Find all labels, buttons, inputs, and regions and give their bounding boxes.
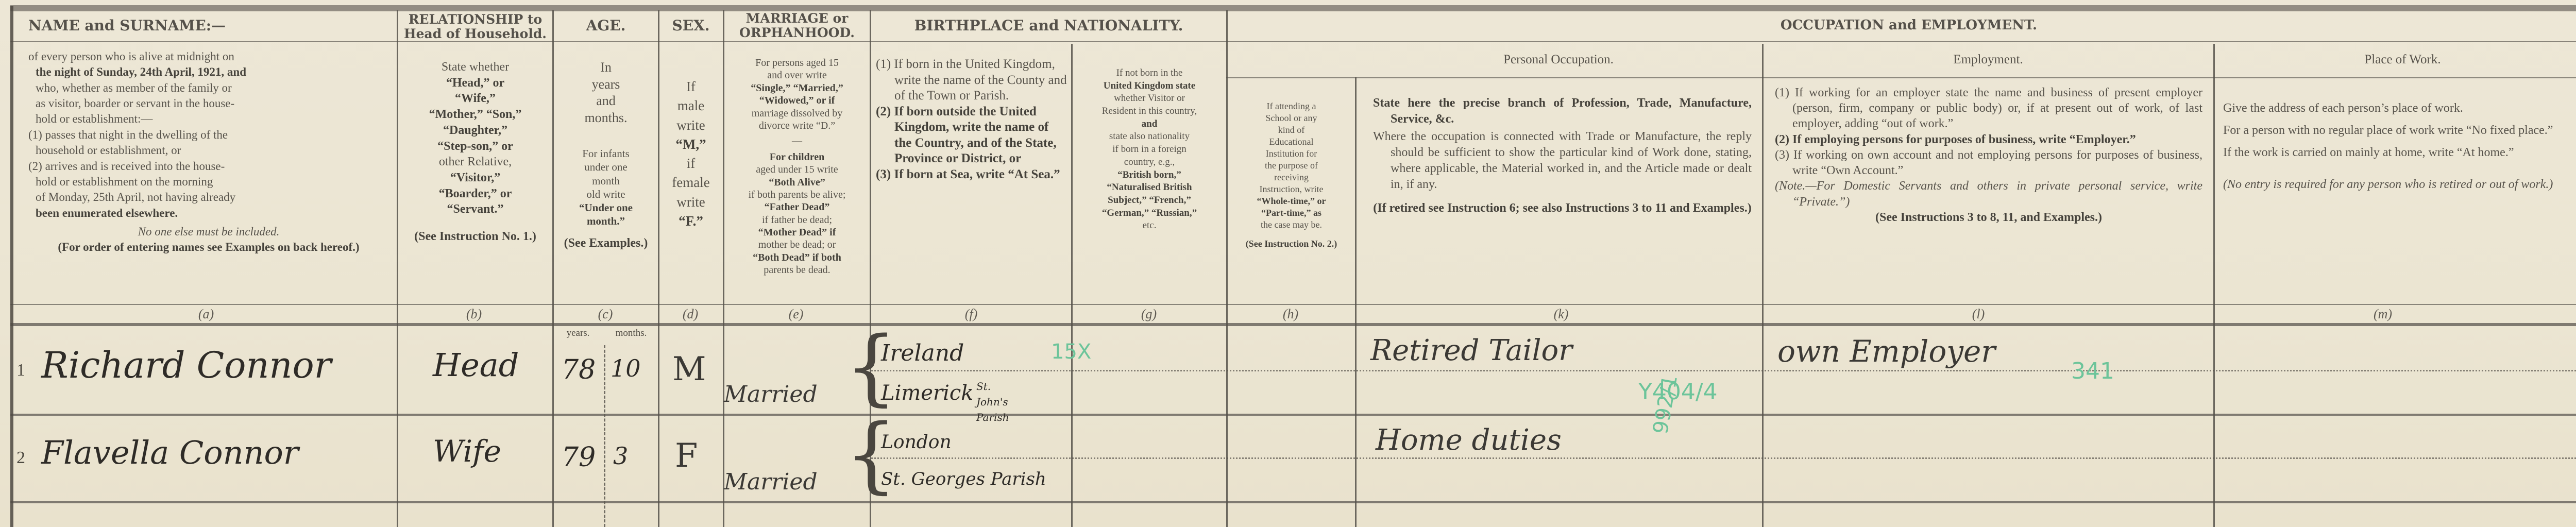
personal-occupation-instructions: State here the precise branch of Profess… [1373,95,1752,216]
marriage-child-line: mother be dead; or [725,239,869,251]
row1-birthplace-code: 15X [1051,340,1091,364]
sex-instr-line: female [660,173,721,192]
name-column-title: NAME and SURNAME:— [28,18,389,34]
row1-bottom-rule [10,414,2576,416]
row1-occupation[interactable]: Retired Tailor [1370,334,1572,367]
header-bottom-rule [10,323,2576,326]
occupation-group-title: OCCUPATION and EMPLOYMENT. [1229,18,2576,33]
marriage-instr-line: marriage dissolved by [725,107,869,120]
nationality-instr-line: Resident in this country, [1074,105,1225,118]
column-letter-g: (g) [1139,307,1159,322]
title-row-divider [10,41,2576,42]
row1-birthplace-country[interactable]: Ireland [881,340,964,366]
employment-instr-3: (3) If working on own account and not em… [1775,147,2202,178]
nationality-instr-line: and [1074,118,1225,131]
employment-instructions: (1) If working for an employer state the… [1775,85,2202,225]
column-letter-d: (d) [680,307,701,322]
nationality-instr-line: Subject,” “French,” [1074,194,1225,207]
name-instr-line: household or establishment, or [28,143,389,158]
education-instr-line: Instruction, write [1229,183,1354,195]
marriage-child-line: parents be dead. [725,264,869,276]
column-letter-k: (k) [1551,307,1571,322]
marriage-child-line: aged under 15 write [725,163,869,176]
row2-age-years[interactable]: 79 [562,442,596,473]
nationality-instr-line: If not born in the [1074,67,1225,80]
row1-name[interactable]: Richard Connor [41,344,331,386]
col-b-c-divider [552,10,554,527]
name-instr-line: hold or establishment on the morning [28,174,389,190]
birthplace-column-title: BIRTHPLACE and NATIONALITY. [872,18,1225,34]
name-instr-note: No one else must be included. [28,224,389,240]
rel-instr-line: State whether [399,59,551,75]
rel-instr-line: “Step-son,” or [399,139,551,155]
marriage-instr-line: divorce write “D.” [725,120,869,132]
age-instr-line: years [555,76,657,93]
marriage-instr-dash: — [725,135,869,147]
name-instr-line: been enumerated elsewhere. [28,206,389,221]
marriage-instr-line: “Single,” “Married,” [725,82,869,94]
age-infant-line: old write [555,188,657,201]
rel-instr-line: “Servant.” [399,201,551,217]
age-months-subheader: months. [605,328,657,339]
personal-occupation-title: Personal Occupation. [1358,52,1759,67]
birthplace-uk-instructions: (1) If born in the United Kingdom, write… [876,57,1067,182]
age-infant-instructions: For infants under one month old write “U… [555,147,657,251]
row2-age-months[interactable]: 3 [613,442,628,470]
marriage-child-line: “Father Dead” [725,201,869,213]
row2-name[interactable]: Flavella Connor [41,434,298,471]
place-instr-3: If the work is carried on mainly at home… [2223,145,2576,161]
rel-instr-line: other Relative, [399,154,551,170]
column-letter-f: (f) [961,307,981,322]
sex-column-title: SEX. [660,18,721,34]
marriage-child-line: “Both Alive” [725,176,869,189]
row1-mid-rule [871,370,2576,371]
education-instr-line: the case may be. [1229,219,1354,231]
col-k-l-divider [1762,44,1764,527]
relationship-column-instructions: State whether “Head,” or “Wife,” “Mother… [399,59,551,245]
column-letter-h: (h) [1280,307,1301,322]
name-instr-line: who, whether as member of the family or [28,80,389,96]
name-instr-line: (1) passes that night in the dwelling of… [28,127,389,143]
education-instr-line: If attending a [1229,100,1354,112]
rel-instr-line: “Visitor,” [399,170,551,186]
row1-age-months[interactable]: 10 [611,354,641,382]
education-instr-line: “Whole-time,” or [1229,195,1354,207]
education-instructions: If attending a School or any kind of Edu… [1229,100,1354,250]
education-instr-footer: (See Instruction No. 2.) [1229,238,1354,250]
personal-occ-instr-2: Where the occupation is connected with T… [1373,129,1752,192]
marriage-child-line: if both parents be alive; [725,189,869,201]
nationality-instr-line: “British born,” [1074,169,1225,182]
age-years-subheader: years. [557,328,599,339]
sex-instr-line: If [660,77,721,96]
column-letter-divider [10,304,2576,305]
nationality-instr-line: etc. [1074,219,1225,232]
age-instr-line: In [555,59,657,76]
age-infant-line: month.” [555,214,657,228]
name-instr-line: of Monday, 25th April, not having alread… [28,190,389,205]
row-number-1: 1 [16,361,25,380]
relationship-column-title: RELATIONSHIP to Head of Household. [399,12,551,41]
sex-instr-line: if [660,154,721,173]
birthplace-instr-1: (1) If born in the United Kingdom, write… [876,57,1067,104]
employment-footer: (See Instructions 3 to 8, 11, and Exampl… [1775,210,2202,225]
birthplace-instr-3: (3) If born at Sea, write “At Sea.” [876,167,1067,183]
row1-marriage[interactable]: Married [724,381,818,407]
place-instr-2: For a person with no regular place of wo… [2223,123,2576,139]
nationality-instructions: If not born in the United Kingdom state … [1074,67,1225,232]
top-border [10,5,2576,11]
name-instr-line: the night of Sunday, 24th April, 1921, a… [28,64,389,80]
marriage-child-line: “Both Dead” if both [725,251,869,264]
education-instr-line: Institution for [1229,148,1354,160]
row1-birthplace-county[interactable]: Limerick [881,381,974,405]
birthplace-instr-2: (2) If born outside the United Kingdom, … [876,104,1067,167]
marriage-instr-line: For persons aged 15 [725,57,869,69]
marriage-column-title: MARRIAGE or ORPHANHOOD. [725,11,869,40]
col-f-g-divider [1071,44,1073,527]
nationality-instr-line: state also nationality [1074,130,1225,143]
rel-instr-line: “Daughter,” [399,123,551,139]
age-instr-line: and [555,93,657,110]
col-d-e-divider [723,10,724,527]
census-schedule: NAME and SURNAME:— of every person who i… [0,0,2576,527]
left-border [10,6,13,527]
marriage-instr-line: and over write [725,69,869,81]
employment-instr-1: (1) If working for an employer state the… [1775,85,2202,132]
name-instr-line: (2) arrives and is received into the hou… [28,159,389,174]
column-letter-m: (m) [2370,307,2396,322]
nationality-instr-line: “Naturalised British [1074,181,1225,194]
column-letter-a: (a) [196,307,216,322]
column-letter-e: (e) [786,307,806,322]
age-infant-line: “Under one [555,201,657,214]
age-instr-line: months. [555,110,657,127]
place-of-work-title: Place of Work. [2216,52,2576,67]
marriage-child-line: For children [725,151,869,163]
nationality-instr-line: country, e.g., [1074,156,1225,169]
age-column-instructions: In years and months. [555,59,657,126]
col-h-k-divider [1355,77,1357,527]
row2-birthplace-country[interactable]: London [881,432,952,453]
column-letter-c: (c) [595,307,616,322]
rel-instr-line: “Mother,” “Son,” [399,107,551,123]
rel-instr-line: “Wife,” [399,91,551,107]
sex-instr-line: “F.” [660,212,721,231]
education-instr-line: School or any [1229,112,1354,124]
name-instr-line: of every person who is alive at midnight… [28,49,389,64]
education-instr-line: receiving [1229,172,1354,183]
row1-age-years[interactable]: 78 [562,354,596,385]
age-column-title: AGE. [555,18,657,34]
row1-employment-code: 341 [2071,358,2114,384]
employment-note: (Note.—For Domestic Servants and others … [1775,178,2202,209]
row2-relationship[interactable]: Wife [433,434,501,469]
row2-mid-rule [871,457,2576,459]
marriage-instr-line: “Widowed,” or if [725,94,869,107]
row2-bottom-rule [10,501,2576,503]
age-infant-line: under one [555,160,657,174]
column-letter-l: (l) [1968,307,1989,322]
name-instr-line: as visitor, boarder or servant in the ho… [28,96,389,111]
age-instr-footer: (See Examples.) [555,235,657,251]
nationality-instr-line: whether Visitor or [1074,92,1225,105]
name-column-instructions: of every person who is alive at midnight… [28,49,389,256]
row1-employment[interactable]: own Employer [1777,334,1995,369]
marriage-child-line: “Mother Dead” if [725,226,869,239]
sex-instr-line: write [660,193,721,212]
name-instr-line: hold or establishment:— [28,111,389,127]
place-note: (No entry is required for any person who… [2223,177,2576,193]
nationality-instr-line: “German,” “Russian,” [1074,207,1225,220]
name-instr-footer: (For order of entering names see Example… [28,240,389,255]
education-instr-line: kind of [1229,124,1354,136]
employment-instr-2: (2) If employing persons for purposes of… [1775,132,2202,147]
subtitle-row-divider [1226,77,2576,78]
row2-sex[interactable]: F [675,437,698,475]
sex-instr-line: male [660,96,721,115]
column-letter-b: (b) [464,307,484,322]
personal-occ-footer: (If retired see Instruction 6; see also … [1373,200,1752,216]
row1-sex[interactable]: M [672,350,706,388]
sex-instr-line: “M,” [660,135,721,154]
sex-instr-line: write [660,116,721,135]
education-instr-line: Educational [1229,136,1354,148]
col-c-d-divider [658,10,659,527]
row1-relationship[interactable]: Head [433,346,519,384]
col-l-m-divider [2213,44,2215,527]
age-years-months-divider [604,345,605,527]
education-instr-line: “Part-time,” as [1229,207,1354,219]
rel-instr-footer: (See Instruction No. 1.) [399,229,551,245]
nationality-instr-line: if born in a foreign [1074,143,1225,156]
age-infant-line: For infants [555,147,657,160]
personal-occ-instr-1: State here the precise branch of Profess… [1373,95,1752,127]
rel-instr-line: “Boarder,” or [399,186,551,202]
place-instr-1: Give the address of each person’s place … [2223,100,2576,116]
row1-birthplace-parish[interactable]: St. John's Parish [976,379,1023,425]
nationality-instr-line: United Kingdom state [1074,80,1225,93]
marriage-child-line: if father be dead; [725,214,869,226]
row2-birthplace-parish[interactable]: St. Georges Parish [881,469,1046,489]
education-instr-line: the purpose of [1229,160,1354,172]
row2-marriage[interactable]: Married [724,469,818,495]
marriage-adult-instructions: For persons aged 15 and over write “Sing… [725,57,869,277]
col-g-h-divider [1226,10,1228,527]
rel-instr-line: “Head,” or [399,75,551,91]
employment-title: Employment. [1765,52,2212,67]
place-of-work-instructions: Give the address of each person’s place … [2223,100,2576,193]
age-infant-line: month [555,174,657,188]
col-a-b-divider [397,10,398,527]
row-number-2: 2 [16,448,25,468]
row2-occupation[interactable]: Home duties [1376,423,1562,457]
sex-column-instructions: If male write “M,” if female write “F.” [660,77,721,231]
